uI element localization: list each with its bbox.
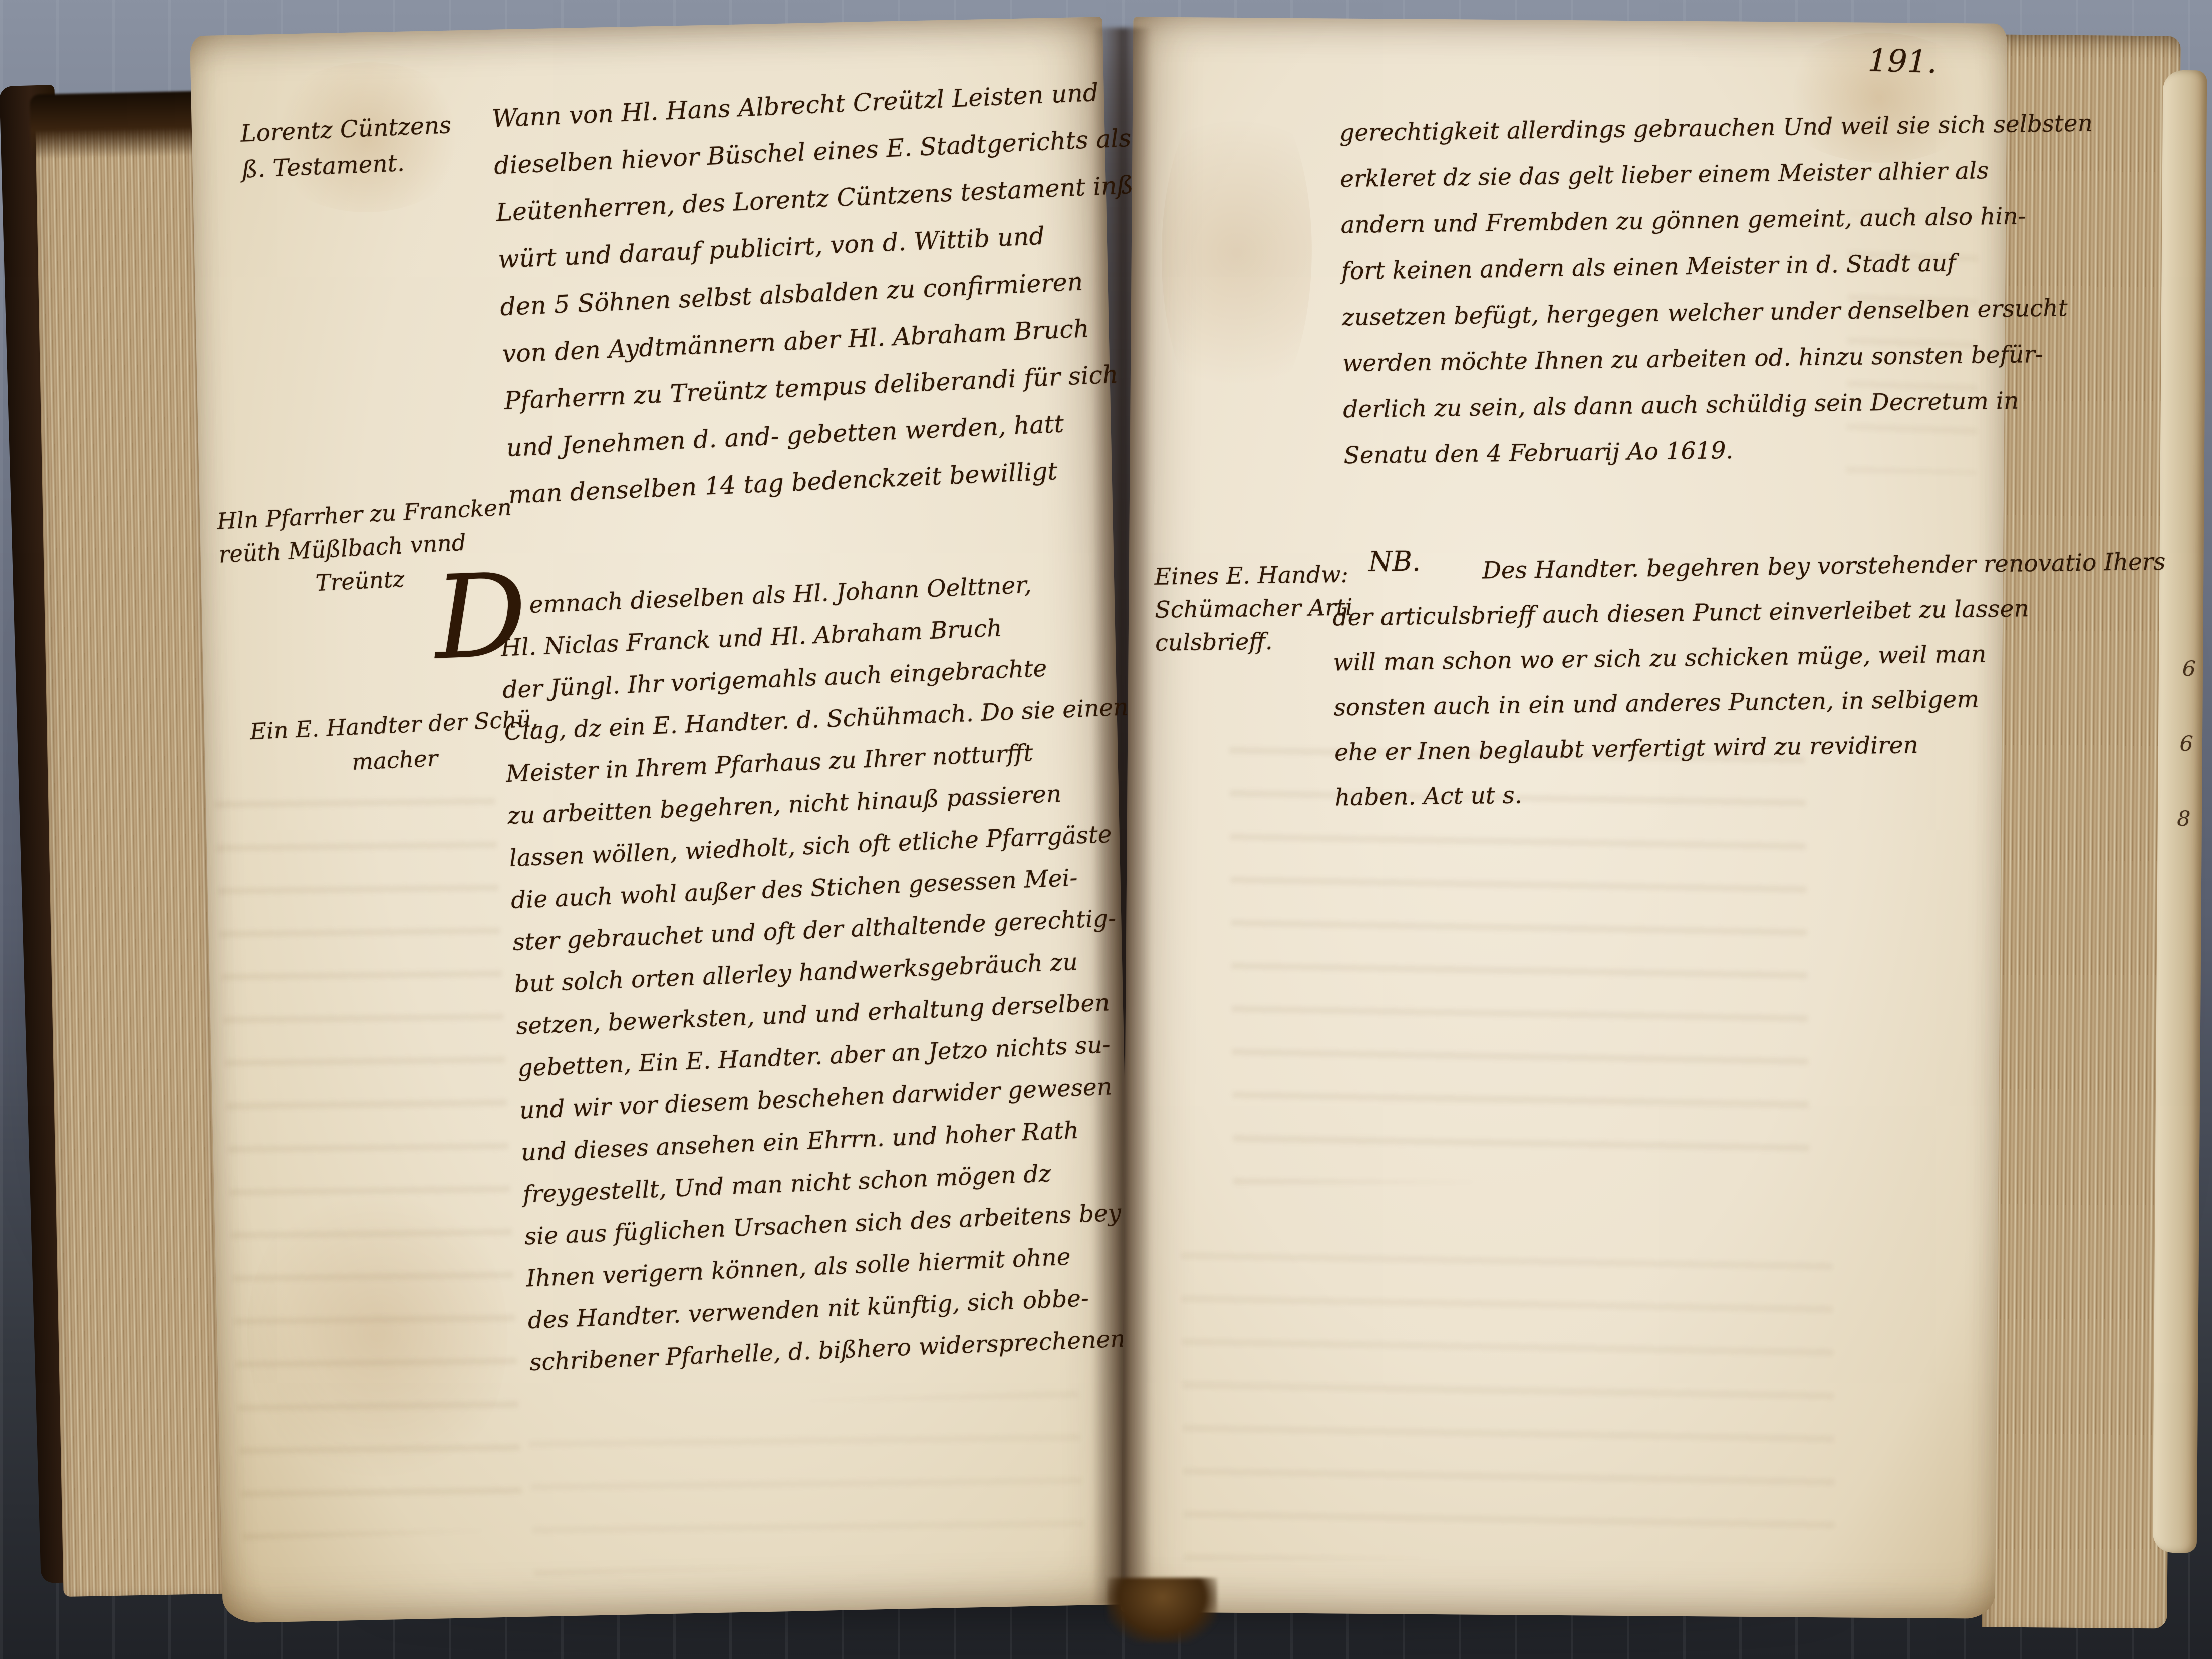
margin-note-testament: Lorentz Cüntzensß. Testament. xyxy=(240,107,454,188)
paper-stain xyxy=(244,1172,511,1498)
text-line: derlich zu sein, als dann auch schüldig … xyxy=(1343,378,2000,433)
left-paragraph-2-lines: emnach dieselben als Hl. Johann Oelttner… xyxy=(498,561,1136,1384)
text-line: sonsten auch in ein und anderes Puncten,… xyxy=(1333,677,2005,731)
page-block-fore-edge-right xyxy=(1982,34,2181,1628)
text-line: Eines E. Handw: xyxy=(1154,558,1355,593)
text-line: ehe er Inen beglaubt verfertigt wird zu … xyxy=(1334,722,2006,776)
initial-capital: D xyxy=(433,575,528,659)
page-number: 191. xyxy=(1867,42,1938,80)
text-line: culsbrieff. xyxy=(1155,624,1356,659)
text-line: will man schon wo er sich zu schicken mü… xyxy=(1333,632,2005,686)
right-page: 191. gerechtigkeit allerdings gebrauchen… xyxy=(1121,17,2008,1619)
left-page: Lorentz Cüntzensß. Testament. Hln Pfarrh… xyxy=(190,17,1136,1623)
manuscript-photo: { "page_number": "191.", "left_page": { … xyxy=(0,0,2212,1659)
margin-note-articul: Eines E. Handw:Schümacher Articulsbrieff… xyxy=(1154,558,1356,659)
text-line: fort keinen andern als einen Meister in … xyxy=(1341,240,1998,295)
margin-note-handwerk: Ein E. Handter der Schü,macher xyxy=(249,701,541,784)
bleed-through-text xyxy=(528,1390,1085,1576)
bleed-through-text xyxy=(1181,1244,1835,1560)
gutter-debris xyxy=(1107,1578,1217,1643)
text-line: haben. Act ut s. xyxy=(1335,767,2007,821)
book-gutter xyxy=(1092,28,1152,1605)
right-paragraph-1: gerechtigkeit allerdings gebrauchen Und … xyxy=(1339,102,2001,479)
left-paragraph-1: Wann von Hl. Hans Albrecht Creützl Leist… xyxy=(491,69,1115,519)
paper-stain xyxy=(1160,77,1313,429)
bleed-through-text xyxy=(214,778,523,1540)
text-line: erkleret dz sie das gelt lieber einem Me… xyxy=(1340,148,1997,202)
text-line: werden möchte Ihnen zu arbeiten od. hinz… xyxy=(1342,332,1999,387)
text-line: der articulsbrieff auch diesen Punct ein… xyxy=(1332,587,2004,641)
text-line: andern und Frembden zu gönnen gemeint, a… xyxy=(1340,194,1997,248)
text-line: gerechtigkeit allerdings gebrauchen Und … xyxy=(1339,102,1996,156)
left-paragraph-2: D emnach dieselben als Hl. Johann Oelttn… xyxy=(498,561,1136,1384)
text-line: zusetzen befügt, hergegen welcher under … xyxy=(1341,286,1998,341)
text-line: Senatu den 4 Februarij Ao 1619. xyxy=(1343,424,2000,479)
text-line: Des Handter. begehren bey vorstehender r… xyxy=(1482,541,2004,594)
text-line: Schümacher Arti xyxy=(1155,591,1355,626)
nb-paragraph: Des Handter. begehren bey vorstehender r… xyxy=(1332,541,2007,820)
